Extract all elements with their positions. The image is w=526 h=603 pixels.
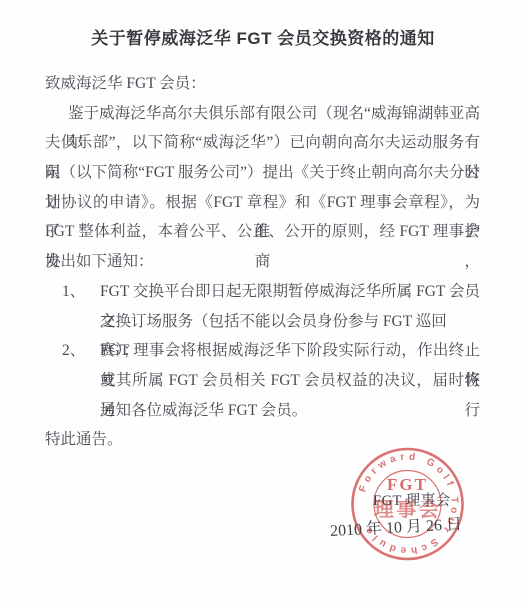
item-number: 1、 [62, 277, 85, 307]
signature: FGT 理事会 [373, 489, 451, 510]
notice-body: 致威海泛华 FGT 会员： 鉴于威海泛华高尔夫俱乐部有限公司（现名“威海锦湖韩亚… [45, 69, 480, 455]
body-line: 司（以下简称“FGT 服务公司”）提出《关于终止朝向高尔夫分时计 [45, 158, 480, 188]
body-line: FGT 整体利益，本着公平、公正、公开的原则，经 FGT 理事会协商， [45, 217, 480, 247]
body-line: 夫俱乐部”，以下简称“威海泛华”）已向朝向高尔夫运动服务有限公 [45, 128, 480, 158]
notice-document: 关于暂停威海泛华 FGT 会员交换资格的通知 致威海泛华 FGT 会员： 鉴于威… [0, 0, 526, 603]
item-line: 交换订场服务（包括不能以会员身份参与 FGT 巡回赛）； [100, 307, 480, 337]
list-item: 2、 FGT 理事会将根据威海泛华下阶段实际行动，作出终止或恢 复其所属 FGT… [45, 336, 480, 425]
item-number: 2、 [62, 336, 85, 366]
list-item: 1、 FGT 交换平台即日起无限期暂停威海泛华所属 FGT 会员之 交换订场服务… [45, 277, 480, 336]
item-line: 复其所属 FGT 会员相关 FGT 会员权益的决议，届时将另行 [100, 366, 480, 396]
body-line: 鉴于威海泛华高尔夫俱乐部有限公司（现名“威海锦湖韩亚高尔 [45, 99, 480, 129]
body-line: 划协议的申请》。根据《FGT 章程》和《FGT 理事会章程》，为了维护 [45, 188, 480, 218]
item-line: FGT 交换平台即日起无限期暂停威海泛华所属 FGT 会员之 [100, 277, 480, 307]
item-line: FGT 理事会将根据威海泛华下阶段实际行动，作出终止或恢 [100, 336, 480, 366]
salutation: 致威海泛华 FGT 会员： [45, 69, 480, 99]
page-title: 关于暂停威海泛华 FGT 会员交换资格的通知 [0, 24, 526, 49]
